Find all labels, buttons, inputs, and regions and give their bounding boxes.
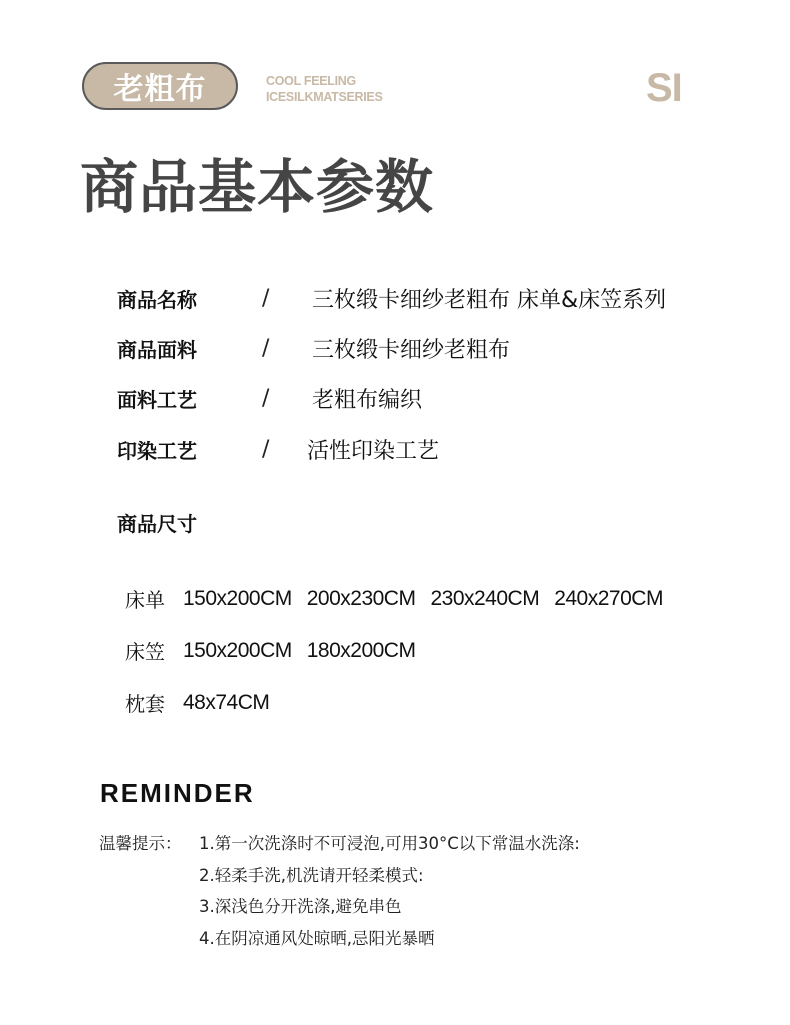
size-label: 床单 [125,584,183,613]
param-label: 印染工艺 [117,435,262,464]
tip-item: 3.深浅色分开洗涤,避免串色 [199,893,402,917]
size-value: 230x240CM [430,587,539,611]
param-label: 商品面料 [117,334,262,363]
brand-badge: 老粗布 [82,62,238,110]
size-label: 枕套 [125,688,183,717]
tip-item: 2.轻柔手洗,机洗请开轻柔模式: [199,862,424,886]
tip-item: 4.在阴凉通风处晾晒,忌阳光暴晒 [199,925,435,949]
param-label: 面料工艺 [117,384,262,413]
reminder-title: REMINDER [100,778,255,809]
size-row-sheet: 床单 150x200CM 200x230CM 230x240CM 240x270… [125,584,678,613]
param-value: 老粗布编织 [312,383,422,414]
param-row-weave: 面料工艺 / 老粗布编织 [117,383,422,413]
param-separator: / [262,336,312,361]
param-row-fabric: 商品面料 / 三枚缎卡细纱老粗布 [117,333,510,363]
size-row-pillowcase: 枕套 48x74CM [125,688,284,717]
page-title: 商品基本参数 [80,140,434,224]
size-value: 150x200CM [183,587,292,611]
brand-logo: SI [646,66,682,111]
size-label: 床笠 [125,636,183,665]
param-separator: / [262,286,312,311]
param-value: 活性印染工艺 [307,434,439,465]
size-value: 240x270CM [554,587,663,611]
tips-label: 温馨提示： [99,830,182,854]
param-row-name: 商品名称 / 三枚缎卡细纱老粗布 床单&床笠系列 [117,283,666,313]
size-value: 180x200CM [307,639,416,663]
param-separator: / [262,437,307,462]
param-value: 三枚缎卡细纱老粗布 [312,333,510,364]
brand-badge-label: 老粗布 [114,64,207,108]
size-value: 48x74CM [183,691,269,715]
size-value: 150x200CM [183,639,292,663]
param-value: 三枚缎卡细纱老粗布 床单&床笠系列 [312,283,666,314]
param-row-dye: 印染工艺 / 活性印染工艺 [117,434,439,464]
param-label: 商品名称 [117,284,262,313]
tagline-line-2: ICESILKMATSERIES [266,89,383,105]
size-row-fitted: 床笠 150x200CM 180x200CM [125,636,430,665]
tagline: COOL FEELING ICESILKMATSERIES [266,73,383,105]
param-separator: / [262,386,312,411]
tagline-line-1: COOL FEELING [266,73,383,89]
sizes-title: 商品尺寸 [117,508,197,537]
tip-item: 1.第一次洗涤时不可浸泡,可用30°C以下常温水洗涤: [199,830,580,854]
size-value: 200x230CM [307,587,416,611]
